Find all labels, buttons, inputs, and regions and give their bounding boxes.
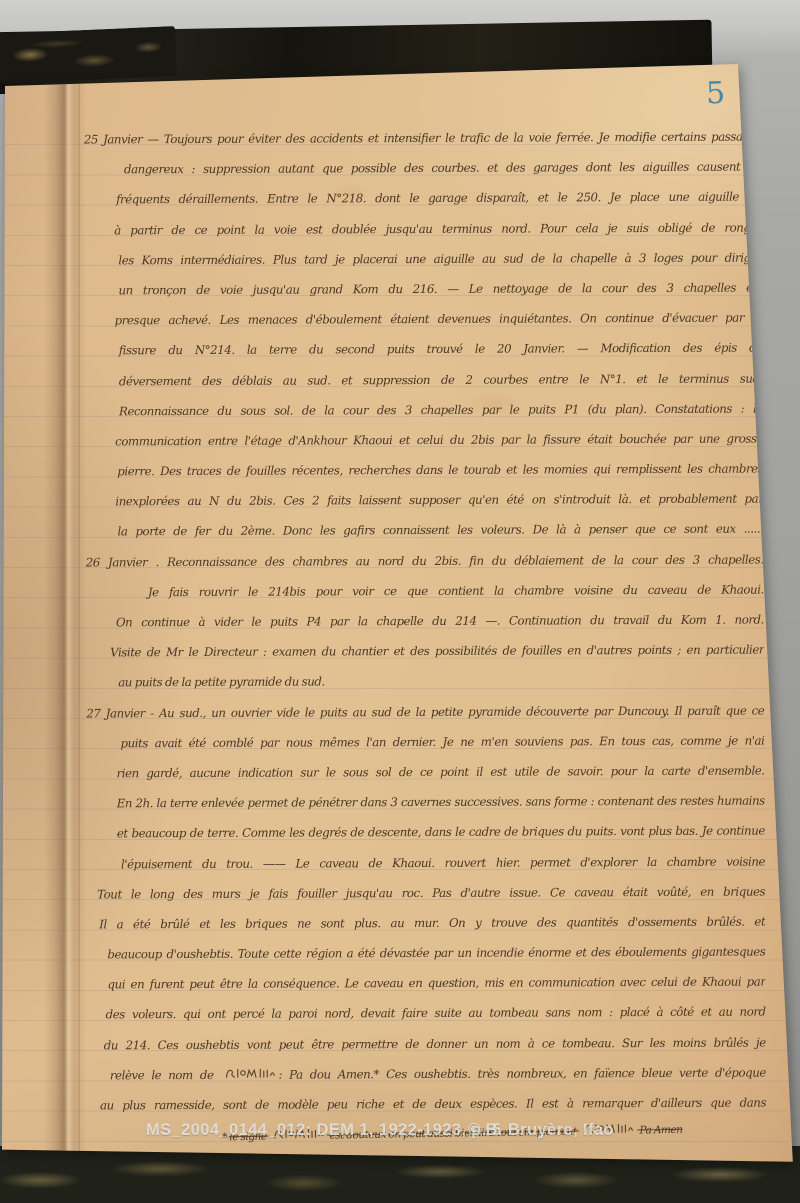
manuscript-line: beaucoup d'oushebtis. Toute cette région… bbox=[87, 937, 765, 970]
manuscript-line: fréquents déraillements. Entre le N°218.… bbox=[84, 182, 762, 215]
manuscript-line: Il a été brûlé et les briques ne sont pl… bbox=[87, 906, 765, 939]
manuscript-line: un tronçon de voie jusqu'au grand Kom du… bbox=[84, 272, 762, 305]
manuscript-line: l'épuisement du trou. —— Le caveau de Kh… bbox=[87, 846, 765, 879]
manuscript-line: 27 Janvier - Au sud., un ouvrier vide le… bbox=[86, 695, 764, 728]
hieroglyph-group bbox=[224, 1066, 276, 1080]
manuscript-line: Je fais rouvrir le 214bis pour voir ce q… bbox=[86, 574, 764, 607]
watermark-copyright: © B. Bruyère, Ifao bbox=[468, 1121, 614, 1140]
manuscript-line: En 2h. la terre enlevée permet de pénétr… bbox=[87, 786, 765, 819]
manuscript-line: du 214. Ces oushebtis vont peut être per… bbox=[88, 1027, 766, 1060]
manuscript-line: relève le nom de : Pa dou Amen.* Ces ous… bbox=[88, 1057, 766, 1090]
manuscript-line: Reconnaissance du sous sol. de la cour d… bbox=[85, 393, 763, 426]
manuscript-line: Visite de Mr le Directeur : examen du ch… bbox=[86, 635, 764, 668]
manuscript-line: pierre. Des traces de fouilles récentes,… bbox=[85, 454, 763, 487]
manuscript-line: et beaucoup de terre. Comme les degrés d… bbox=[87, 816, 765, 849]
manuscript-line: les Koms intermédiaires. Plus tard je pl… bbox=[84, 242, 762, 275]
manuscript-line: déversement des déblais au sud. et suppr… bbox=[85, 363, 763, 396]
manuscript-line: presque achevé. Les menaces d'éboulement… bbox=[85, 303, 763, 336]
page-number: 5 bbox=[705, 76, 725, 112]
manuscript-line: communication entre l'étage d'Ankhour Kh… bbox=[85, 423, 763, 456]
manuscript-text: 25 Janvier — Toujours pour éviter des ac… bbox=[84, 122, 766, 1151]
manuscript-line: puits avait été comblé par nous mêmes l'… bbox=[86, 725, 764, 758]
manuscript-line: la porte de fer du 2ème. Donc les gafirs… bbox=[85, 514, 763, 547]
manuscript-line: 26 Janvier . Reconnaissance des chambres… bbox=[86, 544, 764, 577]
manuscript-line: rien gardé, aucune indication sur le sou… bbox=[87, 755, 765, 788]
manuscript-line: inexplorées au N du 2bis. Ces 2 faits la… bbox=[85, 484, 763, 517]
manuscript-page: 5 25 Janvier — Toujours pour éviter des … bbox=[0, 60, 796, 1164]
manuscript-line: Tout le long des murs je fais fouiller j… bbox=[87, 876, 765, 909]
page-edge-line bbox=[78, 60, 80, 1164]
manuscript-line: au puits de la petite pyramide du sud. bbox=[86, 665, 764, 698]
manuscript-line: 25 Janvier — Toujours pour éviter des ac… bbox=[84, 122, 762, 155]
manuscript-line: à partir de ce point la voie est doublée… bbox=[84, 212, 762, 245]
manuscript-line: des voleurs. qui ont percé la paroi nord… bbox=[88, 997, 766, 1030]
photo-background: 5 25 Janvier — Toujours pour éviter des … bbox=[0, 0, 800, 1203]
manuscript-line: qui en furent peut être la conséquence. … bbox=[87, 967, 765, 1000]
footer-watermark: MS_2004_0144_012: DEM 1, 1922-1923, p. 5… bbox=[0, 1121, 796, 1143]
manuscript-line: dangereux : suppression autant que possi… bbox=[84, 152, 762, 185]
manuscript-page-wrap: 5 25 Janvier — Toujours pour éviter des … bbox=[0, 60, 796, 1164]
manuscript-line: fissure du N°214. la terre du second pui… bbox=[85, 333, 763, 366]
watermark-shelfmark: MS_2004_0144_012: DEM 1, 1922-1923, p. 5 bbox=[146, 1121, 501, 1140]
manuscript-line: On continue à vider le puits P4 par la c… bbox=[86, 605, 764, 638]
